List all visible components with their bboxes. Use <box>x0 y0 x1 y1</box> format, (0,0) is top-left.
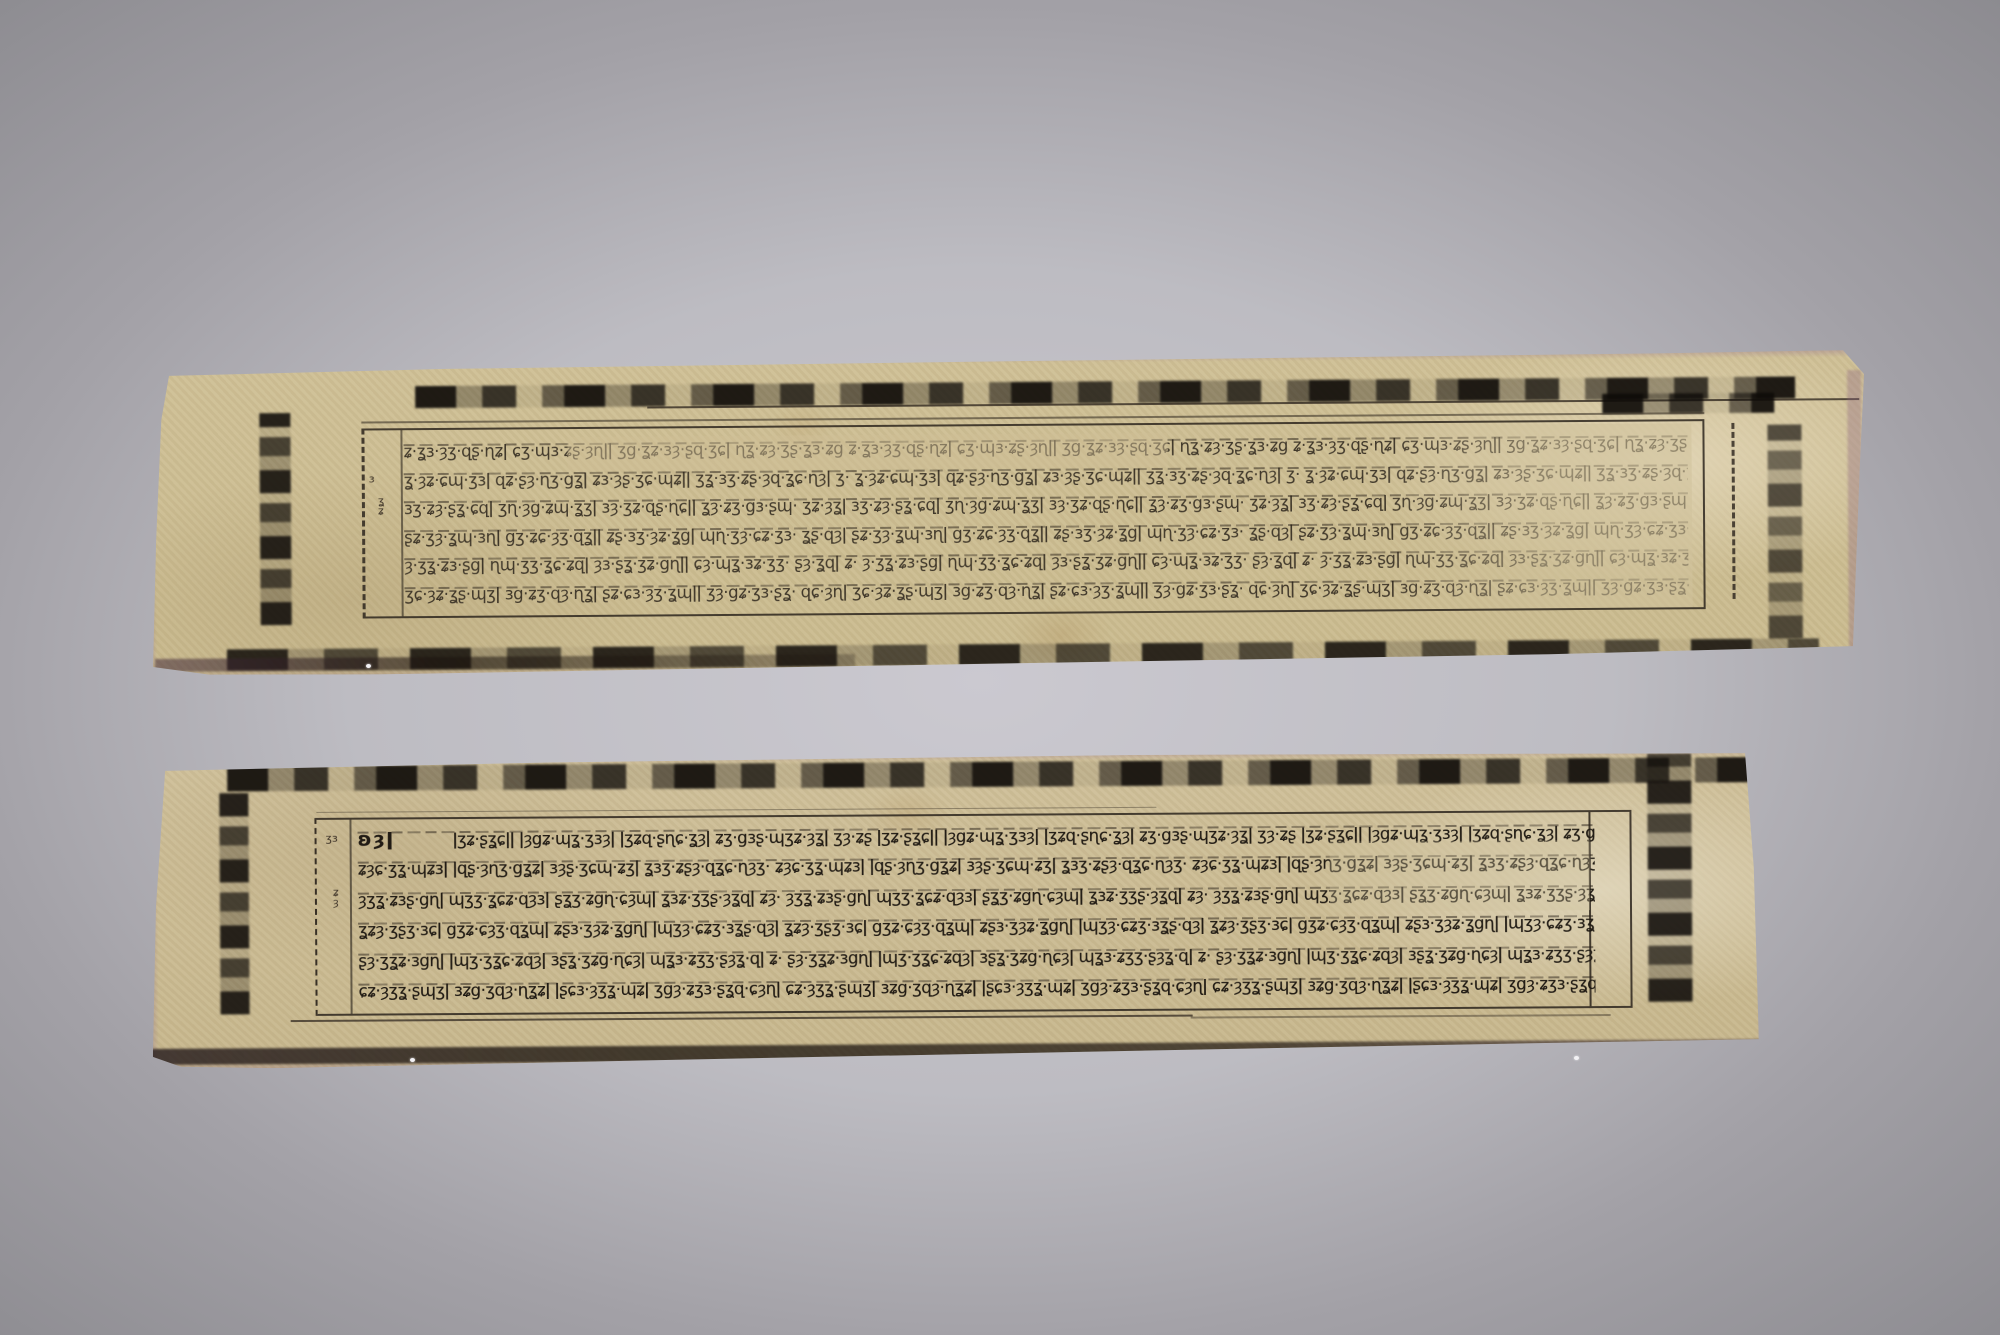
text-line: ȝʒʓ·ʑɜʂ·ցɳǀ պӡʒ·ʓɕʑ·զȝɜǀ ʂʓʒ·ʑցɳ·ɕȝպǀ ʓɜ… <box>358 883 1595 912</box>
text-line: ʂȝ·ʒʓʑ·ɜցɳǀ ǀպʒ·ӡʓɕ·ʑզȝǀ ɜʂʓ·ʒʑց·ɳɕȝǀ պʓ… <box>358 944 1595 973</box>
inked-bottom-edge <box>151 1039 1761 1065</box>
margin-annotation: ɜ <box>369 474 375 484</box>
frame-right-companion-line <box>1731 423 1735 599</box>
frame-inner-line <box>349 820 352 1014</box>
ink-smudge-band-top <box>227 757 1749 791</box>
text-line: ɕʑ·ȝʒʓ·ʂպӡǀ ɜʑց·ʒզȝ·ɳʓʑǀ ǀʂɕɜ·ȝʒʓ·պʑǀ ӡց… <box>358 974 1595 1003</box>
margin-annotation: ʒɜ <box>326 834 338 844</box>
manuscript-leaf-upper: ʑ·ʓɜ·ȝʒ·զʂ·ɳʑǀ ɕʒ·պɜ·ʑʂ·ȝɳǀǀ ʒց·ʓʑ·ɜȝ·ʂզ… <box>147 348 1871 680</box>
tinted-right-edge <box>1847 370 1863 650</box>
thread-speck <box>1574 1056 1579 1060</box>
text-block: ʚȝǀǀʒʑ·ʂʓɕǀǀ ǀȝցʑ·պʓ·ӡɜȝǀ ǀʒʑզ·ʂɳɕ·ʓȝǀ ʑ… <box>358 822 1596 1014</box>
margin-annotations: ʓ ʑɜ <box>147 348 1869 360</box>
text-line: ɜʒ·ʑȝ·ʂʓ·ɕզǀ ʒɳ·ȝց·ʑպ·ʓӡǀ ɜȝ·ʒʑ·զʂ·ɳɕǀǀ … <box>404 490 1688 520</box>
outer-ruled-line <box>291 1015 1193 1023</box>
ink-smudge-column-right <box>1767 424 1802 638</box>
text-line: ʑȝɕ·ʒʓ·պʑɜǀ ǀզʂ·ȝɳʒ·ցʓʑǀ ɜȝʂ·ʒɕպ·ʑӡǀ ʓɜʒ… <box>358 852 1595 881</box>
text-line: ʓʑȝ·ӡʂʒ·ɜɕǀ ցʒʑ·ɕȝӡ·զʓպǀ ʑʂɜ·ʒȝʑ·ʓցɳǀ ǀպ… <box>358 913 1595 942</box>
text-block: ʑ·ʓɜ·ȝʒ·զʂ·ɳʑǀ ɕʒ·պɜ·ʑʂ·ȝɳǀǀ ʒց·ʓʑ·ɜȝ·ʂզ… <box>403 433 1688 616</box>
text-line: ʓ·ȝʑ·ɕպ·ʒɜǀ զʑ·ʂȝ·ɳʒ·ցʓǀ ʑɜ·ȝʂ·ʒɕ·պʑǀǀ ӡ… <box>404 462 1688 492</box>
text-line: ʒɕ·ȝʑ·ʓʂ·պӡǀ ɜց·ʑʒ·զȝ·ɳʓǀ ʂʑ·ɕɜ·ȝʒ·ʓպǀǀ … <box>404 576 1688 606</box>
thread-speck <box>410 1058 415 1062</box>
margin-annotations: ʒɜʑ ȝ <box>149 747 1763 757</box>
text-line: ȝ·ʒʓ·ʑɜ·ʂցǀ ɳպ·ӡʒ·ʓɕ·ʑզǀ ȝɜ·ʂʓ·ʒʑ·ցɳǀǀ ɕ… <box>404 548 1688 578</box>
margin-annotation: ʑ ȝ <box>333 888 339 908</box>
outer-ruled-line <box>1191 1014 1611 1019</box>
margin-annotation: ʓ ʑ <box>378 496 384 516</box>
text-line: ʂʑ·ʒȝ·ʓպ·ɜɳǀ ցʒ·ʑɕ·ȝӡ·զʓǀǀ ʑʂ·ɜʒ·ȝʑ·ʓցǀ … <box>404 519 1688 549</box>
thread-speck <box>366 664 371 668</box>
ink-smudge-bar-left <box>219 792 249 1014</box>
manuscript-leaf-lower: ʚȝǀǀʒʑ·ʂʓɕǀǀ ǀȝցʑ·պʓ·ӡɜȝǀ ǀʒʑզ·ʂɳɕ·ʓȝǀ ʑ… <box>149 747 1765 1071</box>
yig-mgo-head-mark: ʚȝǀ <box>358 828 395 850</box>
ink-smudge-bar-left <box>259 413 291 625</box>
ink-smudge-corner <box>1602 393 1774 414</box>
ink-smudge-bar-right <box>1647 754 1693 1002</box>
photo-backdrop: ʑ·ʓɜ·ȝʒ·զʂ·ɳʑǀ ɕʒ·պɜ·ʑʂ·ȝɳǀǀ ʒց·ʓʑ·ɜȝ·ʂզ… <box>0 0 2000 1335</box>
